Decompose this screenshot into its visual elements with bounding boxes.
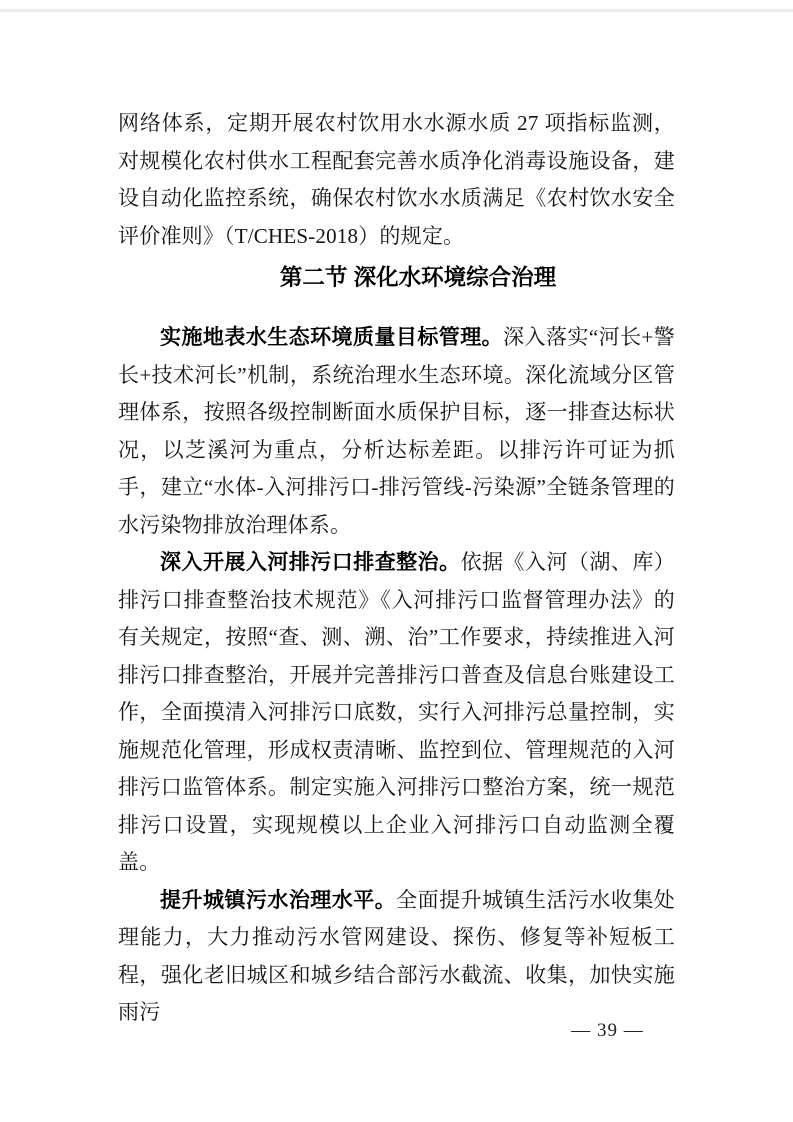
paragraph-continuation: 网络体系，定期开展农村饮用水水源水质 27 项指标监测，对规模化农村供水工程配套… [118, 105, 675, 255]
paragraph: 提升城镇污水治理水平。全面提升城镇生活污水收集处理能力，大力推动污水管网建设、探… [118, 882, 675, 1032]
page-number: — 39 — [540, 1019, 675, 1043]
paragraph: 实施地表水生态环境质量目标管理。深入落实“河长+警长+技术河长”机制，系统治理水… [118, 319, 675, 544]
section-heading: 第二节 深化水环境综合治理 [118, 263, 675, 293]
paragraph-lead: 提升城镇污水治理水平。 [160, 888, 396, 912]
document-page: 网络体系，定期开展农村饮用水水源水质 27 项指标监测，对规模化农村供水工程配套… [118, 0, 675, 1032]
paragraph-text: 依据《入河（湖、库）排污口排查整治技术规范》《入河排污口监督管理办法》的有关规定… [118, 550, 675, 874]
paragraph-lead: 深入开展入河排污口排查整治。 [160, 550, 461, 574]
paragraph-text: 深入落实“河长+警长+技术河长”机制，系统治理水生态环境。深化流域分区管理体系，… [118, 325, 675, 537]
paragraph-text: 网络体系，定期开展农村饮用水水源水质 27 项指标监测，对规模化农村供水工程配套… [118, 111, 675, 248]
paragraph-lead: 实施地表水生态环境质量目标管理。 [160, 325, 503, 349]
paragraph: 深入开展入河排污口排查整治。依据《入河（湖、库）排污口排查整治技术规范》《入河排… [118, 544, 675, 882]
